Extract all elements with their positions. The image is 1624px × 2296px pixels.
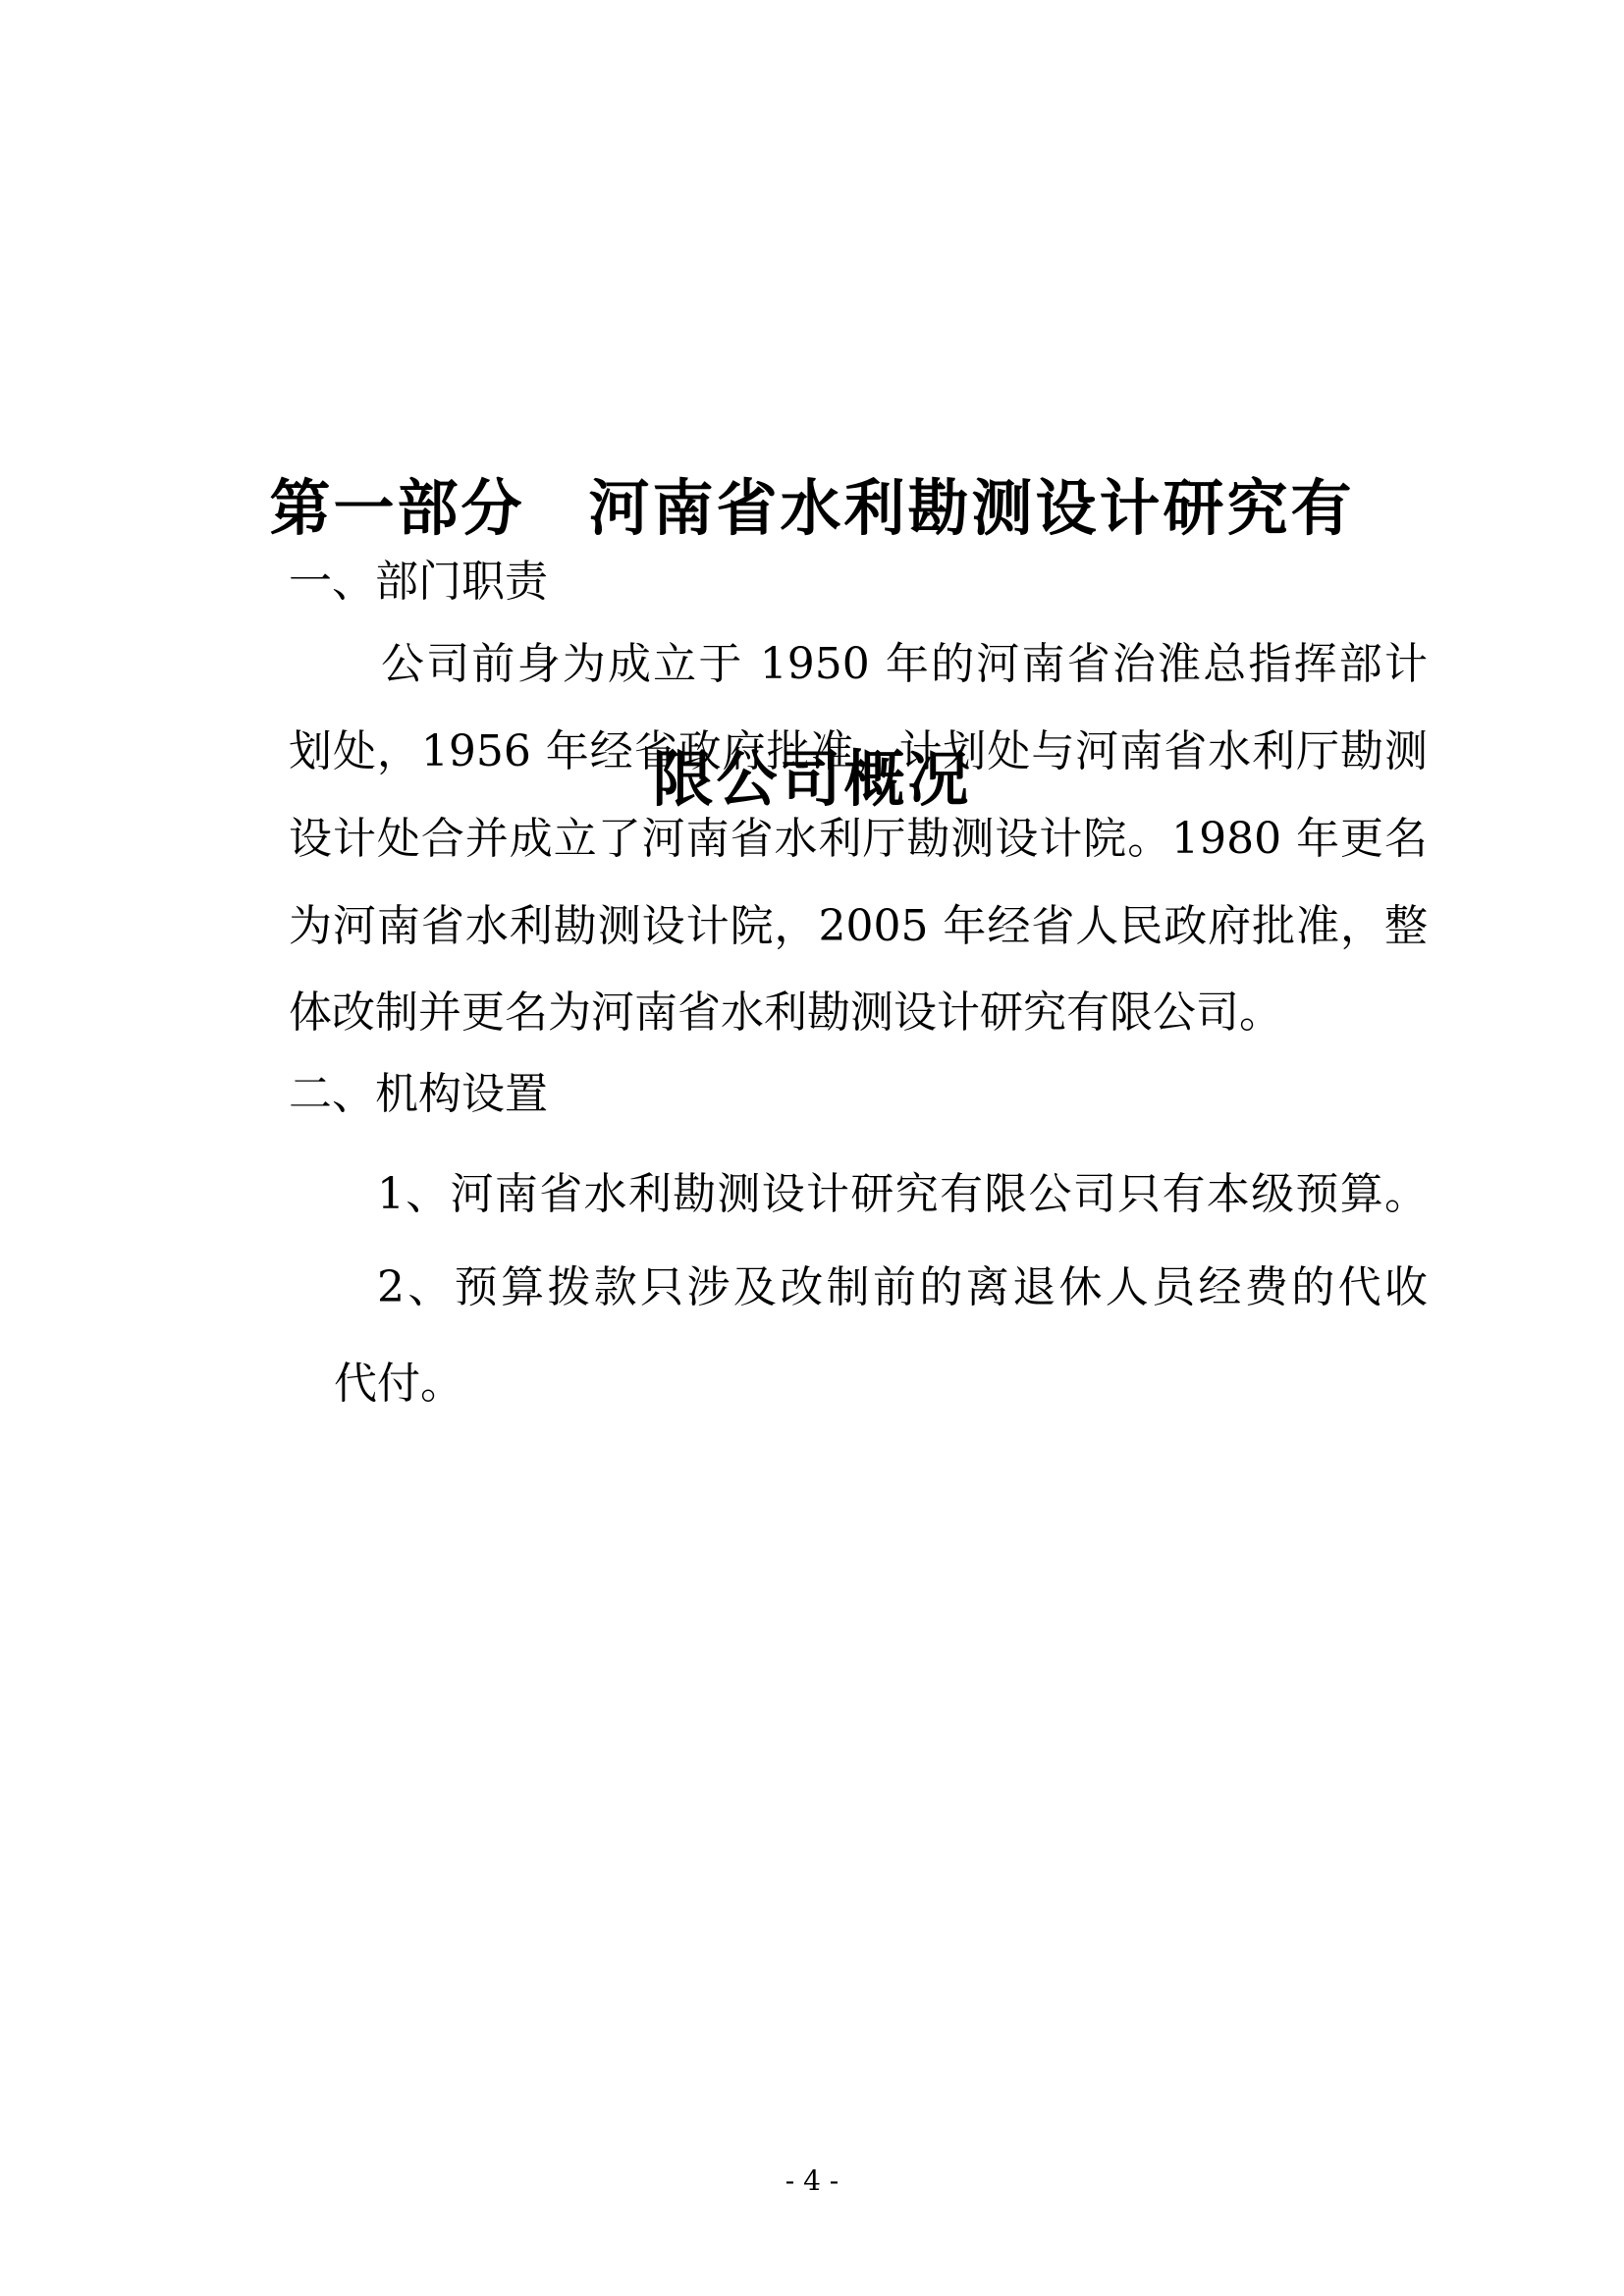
section1-paragraph-line: 设计处合并成立了河南省水利厅勘测设计院。1980 年更名 (289, 815, 1428, 864)
section2-item1: 1、河南省水利勘测设计研究有限公司只有本级预算。 (377, 1170, 1428, 1219)
section1-paragraph-line: 公司前身为成立于 1950 年的河南省治淮总指挥部计 (381, 640, 1428, 689)
section2-heading: 二、机构设置 (289, 1070, 548, 1119)
page-number: - 4 - (0, 2164, 1624, 2198)
document-title-line1: 第一部分 河南省水利勘测设计研究有 (0, 463, 1624, 554)
section1-paragraph-line: 划处，1956 年经省政府批准，计划处与河南省水利厅勘测 (289, 727, 1428, 776)
section1-heading: 一、部门职责 (289, 558, 548, 607)
section1-paragraph-line: 为河南省水利勘测设计院，2005 年经省人民政府批准，整 (289, 902, 1428, 951)
section1-paragraph-line: 体改制并更名为河南省水利勘测设计研究有限公司。 (289, 988, 1282, 1038)
section2-item2-line2: 代付。 (334, 1360, 463, 1409)
document-page: 第一部分 河南省水利勘测设计研究有 限公司概况 一、部门职责 公司前身为成立于 … (0, 0, 1624, 2296)
section2-item2-line1: 2、预算拨款只涉及改制前的离退休人员经费的代收 (377, 1263, 1428, 1312)
